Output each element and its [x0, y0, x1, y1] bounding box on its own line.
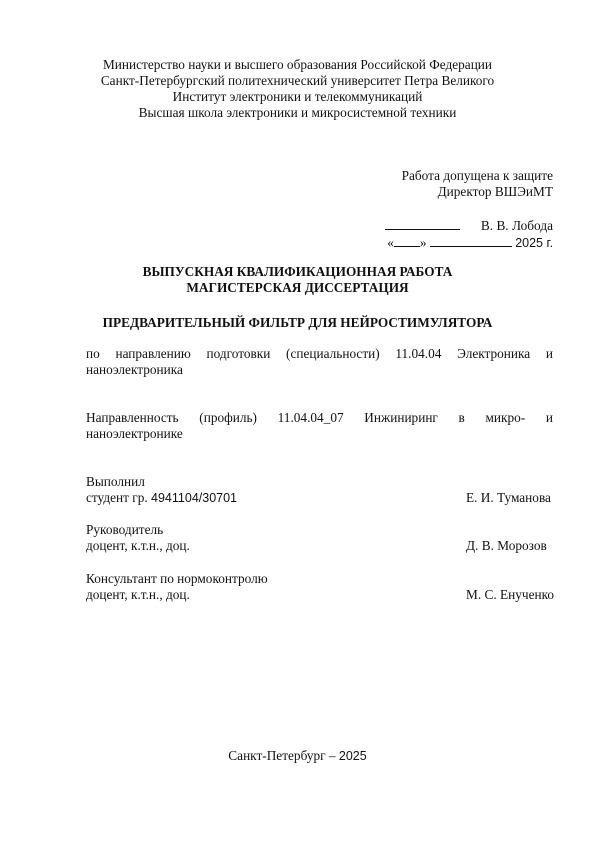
date-open-quote: « [387, 235, 394, 250]
day-line [394, 234, 420, 247]
footer-city-year: Санкт-Петербург – 2025 [0, 748, 595, 764]
approval-date-row: «» 2025 г. [385, 234, 553, 251]
consultant-name: М. С. Енученко [466, 587, 556, 603]
work-title: ВЫПУСКНАЯ КВАЛИФИКАЦИОННАЯ РАБОТА МАГИСТ… [0, 264, 595, 296]
date-close-quote: » [420, 235, 427, 250]
signature-line [385, 217, 460, 230]
ministry-line: Министерство науки и высшего образования… [0, 57, 595, 73]
approval-signature-row: В. В. Лобода [385, 217, 553, 234]
dissertation-type: МАГИСТЕРСКАЯ ДИССЕРТАЦИЯ [0, 280, 595, 296]
student-group: 4941104/30701 [151, 491, 237, 505]
consultant-position: доцент, к.т.н., доц. [86, 587, 190, 603]
student-role: Выполнил [86, 474, 145, 490]
month-line [430, 234, 512, 247]
student-position: студент гр. [86, 490, 151, 505]
organization-header: Министерство науки и высшего образования… [0, 57, 595, 121]
approval-admitted: Работа допущена к защите [385, 168, 553, 184]
profile-line-1: Направленность (профиль) 11.04.04_07 Инж… [86, 410, 553, 426]
approval-director: Директор ВШЭиМТ [385, 184, 553, 200]
thesis-topic: ПРЕДВАРИТЕЛЬНЫЙ ФИЛЬТР ДЛЯ НЕЙРОСТИМУЛЯТ… [0, 315, 595, 331]
consultant-role: Консультант по нормоконтролю [86, 571, 268, 587]
supervisor-position: доцент, к.т.н., доц. [86, 538, 190, 554]
approval-block: Работа допущена к защите Директор ВШЭиМТ… [385, 168, 553, 251]
work-type: ВЫПУСКНАЯ КВАЛИФИКАЦИОННАЯ РАБОТА [0, 264, 595, 280]
direction-paragraph: по направлению подготовки (специальности… [86, 346, 553, 378]
footer-year: 2025 [339, 749, 367, 763]
signature-consultant: Консультант по нормоконтролю доцент, к.т… [86, 571, 556, 603]
profile-paragraph: Направленность (профиль) 11.04.04_07 Инж… [86, 410, 553, 442]
profile-line-2: наноэлектронике [86, 426, 183, 441]
institute-line: Институт электроники и телекоммуникаций [0, 89, 595, 105]
direction-line-2: наноэлектроника [86, 362, 183, 377]
approval-signer: В. В. Лобода [481, 218, 553, 233]
university-line: Санкт-Петербургский политехнический унив… [0, 73, 595, 89]
approval-year: 2025 г. [515, 236, 553, 250]
school-line: Высшая школа электроники и микросистемно… [0, 105, 595, 121]
direction-line-1: по направлению подготовки (специальности… [86, 346, 553, 362]
signature-supervisor: Руководитель доцент, к.т.н., доц. Д. В. … [86, 522, 556, 554]
student-name: Е. И. Туманова [466, 490, 556, 506]
signature-student: Выполнил студент гр. 4941104/30701 Е. И.… [86, 474, 556, 506]
supervisor-role: Руководитель [86, 522, 163, 538]
footer-city: Санкт-Петербург – [228, 748, 339, 763]
supervisor-name: Д. В. Морозов [466, 538, 556, 554]
